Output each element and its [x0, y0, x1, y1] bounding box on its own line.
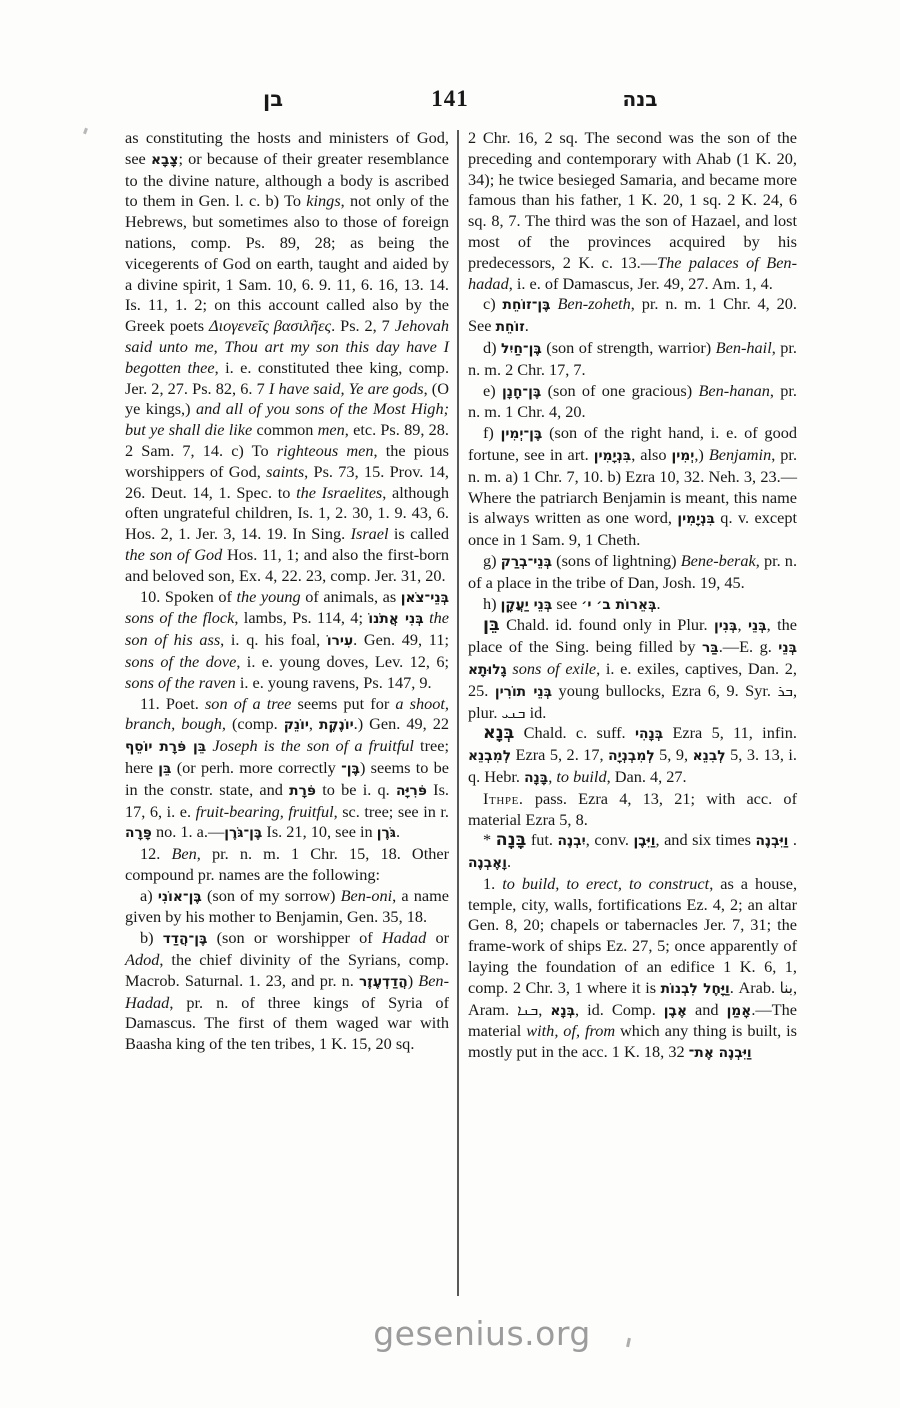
text-segment: , [309, 714, 319, 733]
text-segment: fruit-bearing, fruitful [196, 802, 334, 821]
hebrew-text: גֹּרֶן [377, 825, 396, 841]
text-segment: ,) [694, 445, 708, 464]
text-segment: . Gen. 49, 11; [353, 630, 449, 649]
text-segment: common [252, 420, 317, 439]
hebrew-text: יוֹנֶקֶת [319, 717, 354, 733]
text-segment: ) [408, 971, 419, 990]
text-segment: (son of my sorrow) [202, 886, 341, 905]
text-segment: the young [236, 587, 300, 606]
text-segment: (sons of lightning) [552, 551, 681, 570]
greek-text: Διογενεῖς βασιλῆες [209, 316, 331, 335]
hebrew-text: אֶבֶן [664, 1003, 687, 1019]
text-segment: * [483, 830, 496, 849]
scanned-lexicon-page: בן 141 בנה as constituting the hosts and… [0, 0, 900, 1408]
text-segment: of animals, as [301, 587, 401, 606]
text-segment: . [788, 830, 797, 849]
text-segment: sons of the dove [125, 652, 236, 671]
hebrew-text: בְּנֵי [748, 618, 767, 634]
text-segment: b) [140, 928, 163, 947]
text-segment: , [538, 1000, 550, 1019]
hebrew-text: וַיִּבְנֶה [755, 833, 788, 849]
text-segment: Ezra 5, 2. 17, [511, 745, 608, 764]
text-segment: Ezra 5, 11, infin. [663, 723, 797, 742]
text-segment: Ben-hail [716, 338, 772, 357]
hebrew-text: בָּנָה [496, 830, 527, 850]
text-segment: Benjamin [709, 445, 771, 464]
text-segment: and [687, 1000, 727, 1019]
hebrew-text: יוֹנֵק [284, 717, 309, 733]
hebrew-text: בְּאֵרוֹת ב׳ י׳ [581, 597, 656, 613]
text-segment: , Dan. 4, 27. [607, 767, 687, 786]
text-segment: Hadad [382, 928, 426, 947]
text-segment: . [507, 852, 511, 871]
text-segment: or [426, 928, 449, 947]
hebrew-text: וַיִּבֶן [634, 833, 656, 849]
text-segment: I have said, Ye are gods [269, 379, 424, 398]
hebrew-text: לְבִנֵא [693, 748, 726, 764]
text-segment: (son of strength, warrior) [542, 338, 716, 357]
hebrew-text: יִבְנֶה [558, 833, 586, 849]
text-segment: to be i. q. [316, 780, 396, 799]
left-column: as constituting the hosts and ministers … [125, 128, 449, 1055]
text-segment: Bene-berak [681, 551, 756, 570]
text-segment: , and six times [655, 830, 755, 849]
text-segment: f) [483, 423, 501, 442]
text-segment: (son of one gracious) [541, 381, 698, 400]
paragraph: b) בֶּן־הֲדַד (son or worshipper of Hada… [125, 928, 449, 1055]
text-segment: men [318, 420, 345, 439]
text-segment: . [525, 316, 529, 335]
text-segment: , i. e. young doves, Lev. 12, 6; [236, 652, 449, 671]
scan-artifact [83, 128, 88, 135]
hebrew-text: בֶּן־זוֹחֵת [503, 297, 551, 313]
text-segment: h) [483, 594, 501, 613]
text-segment: 11. Poet. [140, 694, 205, 713]
text-segment: son of a tree [205, 694, 291, 713]
paragraph: c) בֶּן־זוֹחֵת Ben-zoheth, pr. n. m. 1 C… [468, 294, 797, 338]
text-segment: (comp. [226, 714, 284, 733]
text-segment: to build, to erect, to construct [502, 874, 709, 893]
right-column: 2 Chr. 16, 2 sq. The second was the son … [468, 128, 797, 1064]
paragraph: f) בֶּן־יְמִין (son of the right hand, i… [468, 423, 797, 551]
text-segment: .) Gen. 49, 22 [354, 714, 449, 733]
text-segment: see [552, 594, 581, 613]
text-segment: Ben-oni [341, 886, 393, 905]
text-segment: saints [266, 462, 304, 481]
text-segment: Ithpe. [483, 789, 524, 808]
text-segment: kings [306, 191, 340, 210]
hebrew-text: פָּרָה [125, 825, 152, 841]
paragraph: 1. to build, to erect, to construct, as … [468, 874, 797, 1064]
text-segment: c) [483, 294, 503, 313]
text-segment: Joseph is the son of a fruitful [212, 736, 414, 755]
text-segment: d) [483, 338, 501, 357]
text-segment: 12. [140, 844, 171, 863]
hebrew-text: וַיָּחֶל לִבְנוֹת [661, 981, 730, 997]
text-segment: .—E. g. [719, 637, 779, 656]
hebrew-text: יְמִין [671, 448, 694, 464]
text-segment: id. [526, 703, 547, 722]
text-segment: i. e. young ravens, Ps. 147, 9. [236, 673, 432, 692]
hebrew-text: בַּר [702, 640, 719, 656]
hebrew-text: בְּנָא [550, 1003, 575, 1019]
running-head: בן 141 בנה [0, 86, 900, 116]
hebrew-text: הֲדַדְעֶזֶר [359, 974, 408, 990]
syriac-arabic-text: ܒܢܝ [501, 704, 525, 722]
hebrew-text: בֵּן פֹּרָת יוֹסֵף [125, 739, 206, 755]
text-segment: . Arab. [730, 978, 780, 997]
hebrew-text: בֶּן־חַיִל [501, 341, 542, 357]
text-segment: (son or worshipper of [207, 928, 382, 947]
running-head-right-word: בנה [600, 86, 680, 112]
text-segment: Is. 21, 10, see in [262, 822, 376, 841]
text-segment: , i. q. his foal, [220, 630, 327, 649]
text-segment: seems put for [291, 694, 395, 713]
text-segment: g) [483, 551, 501, 570]
hebrew-text: בֵּן [483, 615, 500, 635]
hebrew-text: בָּנָה [524, 770, 548, 786]
syriac-arabic-text: ܒܢܐ [517, 1001, 538, 1019]
hebrew-text: בְּנֵי־צֹאן [401, 590, 449, 606]
text-segment: righteous men [277, 441, 374, 460]
hebrew-text: בֶּן־הֲדַד [163, 931, 208, 947]
text-segment: with, of, from [526, 1021, 615, 1040]
text-segment: a) [140, 886, 158, 905]
paragraph: h) בְּנֵי יַעֲקָן see בְּאֵרוֹת ב׳ י׳. [468, 594, 797, 616]
text-segment: the son of God [125, 545, 222, 564]
text-segment: Ben [171, 844, 196, 863]
hebrew-text: בֶּן־ [341, 761, 360, 777]
hebrew-text: וָאֶבְנֶה [468, 855, 507, 871]
hebrew-text: צָבָא [151, 152, 178, 168]
hebrew-text: בְּנִי אֲתֹנוֹ [368, 611, 423, 627]
hebrew-text: בְּנֵי־בְרַק [501, 554, 552, 570]
text-segment: young bullocks, Ezra 6, 9. Syr. [552, 681, 777, 700]
text-segment: Adod [125, 950, 159, 969]
hebrew-text: בְּנָהִי [635, 726, 663, 742]
paragraph: 12. Ben, pr. n. m. 1 Chr. 15, 18. Other … [125, 844, 449, 886]
text-segment: , not only of the Hebrews, but sometimes… [125, 191, 449, 335]
text-segment: Ben-hanan [698, 381, 769, 400]
hebrew-text: בֵּן [158, 761, 171, 777]
paragraph: g) בְּנֵי־בְרַק (sons of lightning) Bene… [468, 551, 797, 594]
text-segment: Israel [351, 524, 389, 543]
text-segment: 2 Chr. 16, 2 sq. The second was the son … [468, 128, 797, 272]
hebrew-text: וַיִּבְנֶה אֶת־ [689, 1045, 752, 1061]
text-segment: , id. Comp. [575, 1000, 664, 1019]
text-segment: (or perh. more correctly [171, 758, 341, 777]
hebrew-text: לְמִבְנֵא [468, 748, 511, 764]
hebrew-text: בֶּן־יְמִין [501, 426, 543, 442]
hebrew-text: בִּנְיָמִין [594, 448, 632, 464]
text-segment: Chald. id. found only in Plur. [500, 615, 714, 634]
text-segment: . [657, 594, 661, 613]
text-segment: , conv. [586, 830, 634, 849]
hebrew-text: אָמַן [727, 1003, 752, 1019]
text-segment: , [737, 615, 747, 634]
hebrew-text: לְמִבְנְיָה [608, 748, 655, 764]
hebrew-text: בְּנֵי יַעֲקָן [501, 597, 553, 613]
text-segment: 1. [483, 874, 502, 893]
text-segment: sons of the raven [125, 673, 236, 692]
text-segment: , lambs, Ps. 114, 4; [234, 608, 368, 627]
paragraph: 11. Poet. son of a tree seems put for a … [125, 694, 449, 845]
page-number: 141 [0, 86, 900, 112]
hebrew-text: עִירוֹ [327, 633, 353, 649]
paragraph: * בָּנָה fut. יִבְנֶה, conv. וַיִּבֶן, a… [468, 830, 797, 874]
hebrew-text: בִּנְיָמִין [677, 511, 715, 527]
hebrew-text: בֶּן־אוֹנִי [158, 889, 202, 905]
paragraph: e) בֶּן־חָנָן (son of one gracious) Ben-… [468, 381, 797, 424]
syriac-arabic-text: بنا [780, 979, 793, 997]
paragraph: d) בֶּן־חַיִל (son of strength, warrior)… [468, 338, 797, 381]
paragraph: 2 Chr. 16, 2 sq. The second was the son … [468, 128, 797, 294]
text-segment: to build [556, 767, 606, 786]
hebrew-text: פֹּרִיָּה [396, 783, 427, 799]
hebrew-text: בֶּן־חָנָן [502, 384, 541, 400]
hebrew-text: בֶּן־גֹּרֶן [224, 825, 262, 841]
paragraph: בֵּן Chald. id. found only in Plur. בְּנ… [468, 615, 797, 723]
text-segment: , pr. n. of three kings of Syria of Dama… [125, 993, 449, 1054]
paragraph: 10. Spoken of the young of animals, as ב… [125, 587, 449, 694]
text-segment: . [396, 822, 400, 841]
watermark: gesenius.org [0, 1314, 900, 1353]
text-segment: . Ps. 2, 7 [331, 316, 395, 335]
hebrew-text: בְּנֵי תוֹרִין [495, 684, 552, 700]
hebrew-text: זוֹחֵת [496, 319, 525, 335]
text-segment: the Israelites [296, 483, 382, 502]
paragraph: a) בֶּן־אוֹנִי (son of my sorrow) Ben-on… [125, 886, 449, 929]
text-segment: no. 1. a.— [152, 822, 224, 841]
text-segment: Chald. c. suff. [514, 723, 635, 742]
hebrew-text: בְּנִין [714, 618, 737, 634]
column-divider-rule [457, 130, 459, 1296]
text-segment: is called [389, 524, 449, 543]
text-segment: sons of exile [512, 659, 596, 678]
paragraph: בְּנָא Chald. c. suff. בְּנָהִי Ezra 5, … [468, 723, 797, 788]
syriac-arabic-text: ܒܪ [777, 682, 792, 700]
text-segment: , i. e. of Damascus, Jer. 49, 27. Am. 1,… [509, 274, 773, 293]
text-segment: 5, 9, [655, 745, 693, 764]
text-segment: fut. [526, 830, 557, 849]
hebrew-text: פֹּרָת [289, 783, 316, 799]
hebrew-text: בְּנָא [483, 723, 514, 743]
paragraph: Ithpe. pass. Ezra 4, 13, 21; with acc. o… [468, 789, 797, 831]
text-segment: 10. Spoken of [140, 587, 236, 606]
text-segment: Ben-zoheth [557, 294, 630, 313]
text-segment: e) [483, 381, 502, 400]
text-segment: , sc. tree; see in r. [334, 802, 449, 821]
text-segment: sons of the flock [125, 608, 234, 627]
paragraph: as constituting the hosts and ministers … [125, 128, 449, 587]
text-segment: , also [631, 445, 671, 464]
